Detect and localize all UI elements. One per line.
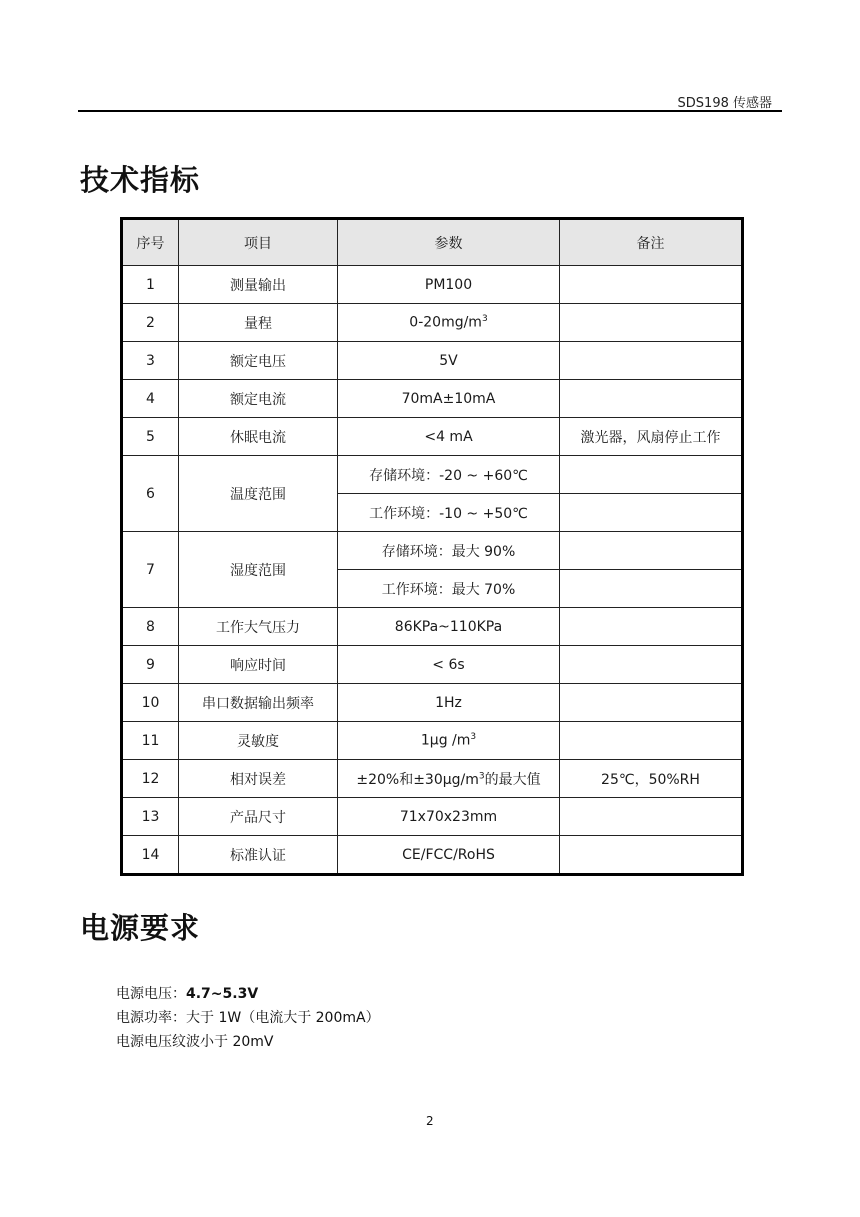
row-note [560,646,743,684]
power-ripple-line: 电源电压纹波小于 20mV [116,1030,380,1054]
row-param: ±20%和±30μg/m3的最大值 [338,760,560,798]
table-row: 7 湿度范围 存储环境：最大 90% [122,532,743,570]
column-header: 项目 [179,219,338,266]
row-note [560,570,743,608]
row-number: 3 [122,342,179,380]
row-note [560,532,743,570]
row-item: 相对误差 [179,760,338,798]
row-note [560,798,743,836]
row-number: 14 [122,836,179,875]
table-row: 14 标准认证 CE/FCC/RoHS [122,836,743,875]
column-header: 备注 [560,219,743,266]
row-item: 串口数据输出频率 [179,684,338,722]
row-note: 25℃，50%RH [560,760,743,798]
table-row: 9 响应时间 < 6s [122,646,743,684]
row-number: 9 [122,646,179,684]
table-row: 5 休眠电流 <4 mA 激光器，风扇停止工作 [122,418,743,456]
row-item: 响应时间 [179,646,338,684]
row-param-storage: 存储环境：最大 90% [338,532,560,570]
row-item: 量程 [179,304,338,342]
table-row: 8 工作大气压力 86KPa~110KPa [122,608,743,646]
row-note [560,380,743,418]
row-number: 4 [122,380,179,418]
row-note [560,836,743,875]
row-item: 温度范围 [179,456,338,532]
column-header: 序号 [122,219,179,266]
row-param: 71x70x23mm [338,798,560,836]
row-item: 额定电压 [179,342,338,380]
row-note [560,684,743,722]
specs-table: 序号 项目 参数 备注 1 测量输出 PM100 2 量程 0-20mg/m3 … [120,217,744,876]
header-rule [78,110,782,112]
row-param: < 6s [338,646,560,684]
header-title: SDS198 传感器 [678,92,772,111]
row-param: 70mA±10mA [338,380,560,418]
table-row: 13 产品尺寸 71x70x23mm [122,798,743,836]
row-param: <4 mA [338,418,560,456]
row-item: 标准认证 [179,836,338,875]
row-number: 2 [122,304,179,342]
row-note: 激光器，风扇停止工作 [560,418,743,456]
row-note [560,722,743,760]
power-wattage-line: 电源功率：大于 1W（电流大于 200mA） [116,1006,380,1030]
table-row: 4 额定电流 70mA±10mA [122,380,743,418]
row-note [560,342,743,380]
row-note [560,266,743,304]
row-item: 湿度范围 [179,532,338,608]
row-number: 5 [122,418,179,456]
row-number: 1 [122,266,179,304]
row-item: 产品尺寸 [179,798,338,836]
row-number: 11 [122,722,179,760]
table-row: 11 灵敏度 1μg /m3 [122,722,743,760]
row-param: 86KPa~110KPa [338,608,560,646]
section-title-power: 电源要求 [80,906,200,947]
row-param-storage: 存储环境：-20 ~ +60℃ [338,456,560,494]
row-number: 7 [122,532,179,608]
column-header: 参数 [338,219,560,266]
table-row: 6 温度范围 存储环境：-20 ~ +60℃ [122,456,743,494]
row-param: PM100 [338,266,560,304]
table-row: 3 额定电压 5V [122,342,743,380]
row-note [560,304,743,342]
row-param-operating: 工作环境：最大 70% [338,570,560,608]
table-row: 1 测量输出 PM100 [122,266,743,304]
row-param: CE/FCC/RoHS [338,836,560,875]
table-row: 12 相对误差 ±20%和±30μg/m3的最大值 25℃，50%RH [122,760,743,798]
row-number: 8 [122,608,179,646]
row-number: 6 [122,456,179,532]
row-number: 10 [122,684,179,722]
row-item: 灵敏度 [179,722,338,760]
row-note [560,494,743,532]
row-item: 额定电流 [179,380,338,418]
row-note [560,608,743,646]
row-item: 测量输出 [179,266,338,304]
row-number: 13 [122,798,179,836]
row-number: 12 [122,760,179,798]
table-row: 2 量程 0-20mg/m3 [122,304,743,342]
row-param-operating: 工作环境：-10 ~ +50℃ [338,494,560,532]
section-title-specs: 技术指标 [80,158,200,199]
power-voltage-line: 电源电压：4.7~5.3V [116,982,380,1006]
table-header-row: 序号 项目 参数 备注 [122,219,743,266]
page-number: 2 [426,1114,434,1128]
power-requirements: 电源电压：4.7~5.3V 电源功率：大于 1W（电流大于 200mA） 电源电… [116,982,380,1054]
row-item: 工作大气压力 [179,608,338,646]
row-param: 1μg /m3 [338,722,560,760]
table-row: 10 串口数据输出频率 1Hz [122,684,743,722]
row-note [560,456,743,494]
row-param: 0-20mg/m3 [338,304,560,342]
row-param: 1Hz [338,684,560,722]
row-item: 休眠电流 [179,418,338,456]
row-param: 5V [338,342,560,380]
